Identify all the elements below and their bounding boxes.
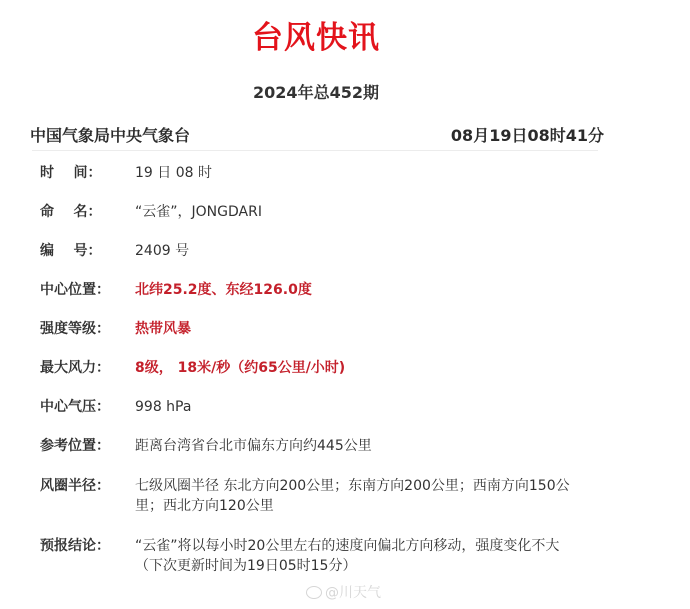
field-name: 命 名： “云雀”，JONGDARI	[40, 202, 262, 222]
field-value: 距离台湾省台北市偏东方向约445公里	[135, 436, 372, 456]
field-value: 北纬25.2度、东经126.0度	[135, 280, 312, 300]
field-label: 预报结论：	[40, 536, 135, 556]
field-label: 风圈半径：	[40, 476, 135, 496]
watermark: @川天气	[306, 582, 381, 602]
forecast-text: “云雀”将以每小时20公里左右的速度向偏北方向移动，强度变化不大	[135, 536, 559, 556]
field-value: “云雀”，JONGDARI	[135, 202, 262, 222]
watermark-text: @川天气	[325, 582, 381, 602]
field-value: 19 日 08 时	[135, 163, 212, 183]
field-max-wind: 最大风力： 8级， 18米/秒（约65公里/小时)	[40, 358, 345, 378]
field-label: 最大风力：	[40, 358, 135, 378]
field-label: 强度等级：	[40, 319, 135, 339]
field-number: 编 号： 2409 号	[40, 241, 189, 261]
header-divider	[32, 150, 598, 151]
field-value: 热带风暴	[135, 319, 191, 339]
issuing-agency: 中国气象局中央气象台	[30, 123, 190, 146]
field-center-pressure: 中心气压： 998 hPa	[40, 397, 191, 417]
field-forecast-conclusion: 预报结论： “云雀”将以每小时20公里左右的速度向偏北方向移动，强度变化不大 （…	[40, 536, 559, 576]
field-intensity-level: 强度等级： 热带风暴	[40, 319, 191, 339]
field-value: 2409 号	[135, 241, 189, 261]
field-time: 时 间： 19 日 08 时	[40, 163, 212, 183]
field-reference-position: 参考位置： 距离台湾省台北市偏东方向约445公里	[40, 436, 372, 456]
field-label: 中心位置：	[40, 280, 135, 300]
field-value-group: “云雀”将以每小时20公里左右的速度向偏北方向移动，强度变化不大 （下次更新时间…	[135, 536, 559, 576]
field-wind-radius: 风圈半径： 七级风圈半径 东北方向200公里；东南方向200公里；西南方向150…	[40, 476, 590, 516]
field-label: 时 间：	[40, 163, 135, 183]
bulletin-header-row: 中国气象局中央气象台 08月19日08时41分	[30, 123, 604, 147]
field-label: 中心气压：	[40, 397, 135, 417]
issue-number: 2024年总452期	[0, 80, 632, 103]
field-value: 七级风圈半径 东北方向200公里；东南方向200公里；西南方向150公里；西北方…	[135, 476, 590, 516]
field-value: 998 hPa	[135, 397, 191, 417]
field-value: 8级， 18米/秒（约65公里/小时)	[135, 358, 345, 378]
field-label: 编 号：	[40, 241, 135, 261]
next-update-text: （下次更新时间为19日05时15分）	[135, 556, 559, 576]
weibo-logo-icon	[306, 586, 322, 599]
field-label: 参考位置：	[40, 436, 135, 456]
issued-time: 08月19日08时41分	[451, 123, 604, 146]
field-center-position: 中心位置： 北纬25.2度、东经126.0度	[40, 280, 312, 300]
field-label: 命 名：	[40, 202, 135, 222]
bulletin-title: 台风快讯	[0, 12, 632, 57]
